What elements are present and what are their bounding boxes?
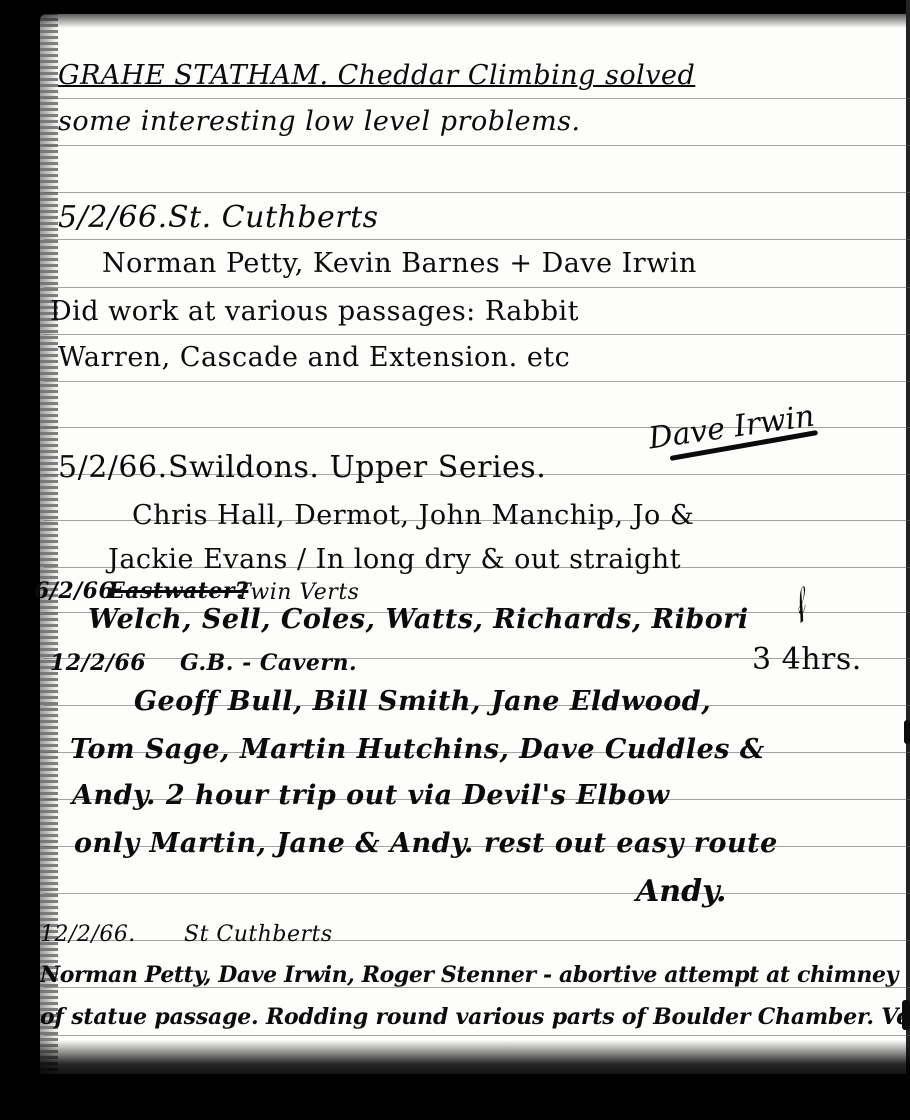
entry-4-place-struck: Eastwater? <box>108 578 248 604</box>
entry-3-place: Swildons. Upper Series. <box>168 450 546 485</box>
entry-1-line-1: GRAHE STATHAM. Cheddar Climbing solved <box>58 60 695 91</box>
entry-2-line-2: Did work at various passages: Rabbit <box>50 296 579 327</box>
entry-4-date: 6/2/66 <box>34 578 114 604</box>
ruled-line <box>44 893 910 894</box>
ruled-line <box>44 334 910 335</box>
entry-6-line-1: Norman Petty, Dave Irwin, Roger Stenner … <box>40 962 898 988</box>
entry-5-place: G.B. - Cavern. <box>180 650 357 676</box>
entry-3-line-1: Chris Hall, Dermot, John Manchip, Jo & <box>132 500 694 531</box>
ink-smudge <box>902 1000 910 1030</box>
entry-5-line-3: Andy. 2 hour trip out via Devil's Elbow <box>72 780 670 811</box>
ruled-line <box>44 98 910 99</box>
entry-5-signature: Andy. <box>636 874 727 909</box>
entry-4-line-1: Welch, Sell, Coles, Watts, Richards, Rib… <box>88 604 749 635</box>
ruled-line <box>44 940 910 941</box>
entry-6-place: St Cuthberts <box>184 922 333 947</box>
scan-shadow-bottom <box>0 1040 910 1120</box>
entry-5-line-2: Tom Sage, Martin Hutchins, Dave Cuddles … <box>70 734 765 765</box>
entry-5-date: 12/2/66 <box>50 650 146 676</box>
entry-2-line-1: Norman Petty, Kevin Barnes + Dave Irwin <box>102 248 697 279</box>
entry-3-line-2: Jackie Evans / In long dry & out straigh… <box>108 544 681 575</box>
page-edge-right <box>906 0 910 1120</box>
entry-6-date: 12/2/66. <box>40 922 136 947</box>
ruled-line <box>44 239 910 240</box>
ruled-line <box>44 287 910 288</box>
entry-4-place-note: Twin Verts <box>236 580 359 605</box>
scanned-logbook-page: GRAHE STATHAM. Cheddar Climbing solved s… <box>0 0 910 1120</box>
ruled-line <box>44 1035 910 1036</box>
entry-5-line-4: only Martin, Jane & Andy. rest out easy … <box>74 828 778 859</box>
entry-4-duration: 3 4hrs. <box>752 642 862 677</box>
ruled-line <box>44 381 910 382</box>
entry-2-place: St. Cuthberts <box>168 200 379 235</box>
scan-shadow-top <box>40 0 910 28</box>
entry-3-date: 5/2/66. <box>58 450 168 485</box>
entry-6-line-2: of statue passage. Rodding round various… <box>40 1004 910 1030</box>
binding-edge <box>28 0 58 1120</box>
ruled-line <box>44 192 910 193</box>
entry-2-date: 5/2/66. <box>58 200 168 235</box>
ruled-line <box>44 145 910 146</box>
entry-5-line-1: Geoff Bull, Bill Smith, Jane Eldwood, <box>134 686 711 717</box>
entry-2-line-3: Warren, Cascade and Extension. etc <box>58 342 570 373</box>
entry-1-line-2: some interesting low level problems. <box>58 106 581 137</box>
ink-smudge <box>904 720 910 744</box>
